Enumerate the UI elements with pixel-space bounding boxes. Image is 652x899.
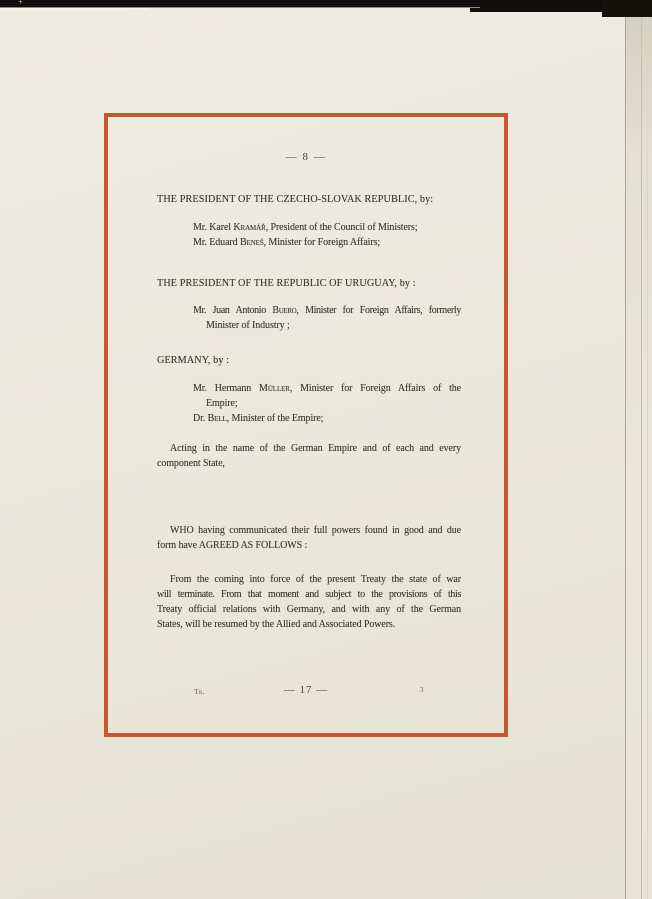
signatory-name: Kramář (233, 222, 265, 233)
text-segment: Treaty official relations with Germany, … (157, 604, 461, 615)
text-segment: component State, (157, 458, 225, 469)
signatory-name: Beneš (240, 237, 264, 248)
text-line: THE PRESIDENT OF THE REPUBLIC OF URUGUAY… (157, 276, 461, 291)
text-line: Empire; (157, 396, 461, 411)
paragraph-acting-in-name: Acting in the name of the German Empire … (157, 441, 461, 471)
party-heading-uruguay: THE PRESIDENT OF THE REPUBLIC OF URUGUAY… (157, 276, 461, 291)
text-segment: form have AGREED AS FOLLOWS : (157, 540, 307, 551)
fore-edge-crease (647, 0, 648, 899)
text-segment: , Minister for Foreign Affairs; (264, 237, 380, 248)
party-heading-germany: GERMANY, by : (157, 353, 461, 368)
text-line: Mr. Juan Antonio Buero, Minister for For… (157, 303, 461, 318)
fore-edge-crease (641, 0, 642, 899)
text-segment: Minister of Industry ; (206, 320, 290, 331)
text-segment: Mr. Hermann (193, 383, 259, 394)
page-number-bottom: — 17 — (104, 684, 508, 696)
text-segment: , Minister of the Empire; (227, 413, 324, 424)
text-segment: , Minister for Foreign Affairs, formerly (296, 305, 461, 316)
text-segment: WHO having communicated their full power… (170, 525, 461, 536)
signatory-name: Müller (259, 383, 290, 394)
text-segment: GERMANY, by : (157, 355, 229, 366)
text-line: component State, (157, 456, 461, 471)
text-segment: Mr. Eduard (193, 237, 240, 248)
paragraph-agreed-as-follows: WHO having communicated their full power… (157, 523, 461, 553)
text-line: form have AGREED AS FOLLOWS : (157, 538, 461, 553)
text-line: Mr. Hermann Müller, Minister for Foreign… (157, 381, 461, 396)
text-segment: , President of the Council of Ministers; (266, 222, 418, 233)
text-column: THE PRESIDENT OF THE CZECHO-SLOVAK REPUB… (157, 0, 461, 899)
signatory-name: Buero (272, 305, 296, 316)
text-segment: States, will be resumed by the Allied an… (157, 619, 395, 630)
text-line: Treaty official relations with Germany, … (157, 602, 461, 617)
text-line: Dr. Bell, Minister of the Empire; (157, 411, 461, 426)
text-segment: Mr. Karel (193, 222, 233, 233)
page-fore-edge (625, 0, 652, 899)
text-line: will terminate. From that moment and sub… (157, 587, 461, 602)
text-line: Acting in the name of the German Empire … (157, 441, 461, 456)
text-line: States, will be resumed by the Allied an… (157, 617, 461, 632)
text-line: Mr. Eduard Beneš, Minister for Foreign A… (157, 235, 461, 250)
signatory-name: Bell (208, 413, 227, 424)
text-segment: will terminate. From that moment and sub… (157, 589, 461, 600)
book-top-edge (602, 0, 652, 17)
page-top-edge-highlight (0, 8, 150, 10)
crop-mark: + (18, 0, 23, 7)
text-segment: , Minister for Foreign Affairs of the (290, 383, 461, 394)
text-line: Mr. Karel Kramář, President of the Counc… (157, 220, 461, 235)
signatories-uruguay: Mr. Juan Antonio Buero, Minister for For… (157, 303, 461, 333)
text-segment: Dr. (193, 413, 208, 424)
text-segment: THE PRESIDENT OF THE CZECHO-SLOVAK REPUB… (157, 194, 433, 205)
text-segment: Mr. Juan Antonio (193, 305, 272, 316)
paragraph-state-of-war: From the coming into force of the presen… (157, 572, 461, 632)
text-line: THE PRESIDENT OF THE CZECHO-SLOVAK REPUB… (157, 192, 461, 207)
text-segment: Empire; (206, 398, 238, 409)
signatories-czechoslovakia: Mr. Karel Kramář, President of the Counc… (157, 220, 461, 250)
text-segment: Acting in the name of the German Empire … (170, 443, 461, 454)
text-line: From the coming into force of the presen… (157, 572, 461, 587)
text-line: WHO having communicated their full power… (157, 523, 461, 538)
text-line: Minister of Industry ; (157, 318, 461, 333)
text-line: GERMANY, by : (157, 353, 461, 368)
gathering-mark: 3 (420, 686, 424, 694)
signatories-germany: Mr. Hermann Müller, Minister for Foreign… (157, 381, 461, 426)
text-segment: From the coming into force of the presen… (170, 574, 461, 585)
text-segment: THE PRESIDENT OF THE REPUBLIC OF URUGUAY… (157, 278, 416, 289)
book-page-photo: + — 8 — THE PRESIDENT OF THE CZECHO-SLOV… (0, 0, 652, 899)
party-heading-czechoslovakia: THE PRESIDENT OF THE CZECHO-SLOVAK REPUB… (157, 192, 461, 207)
